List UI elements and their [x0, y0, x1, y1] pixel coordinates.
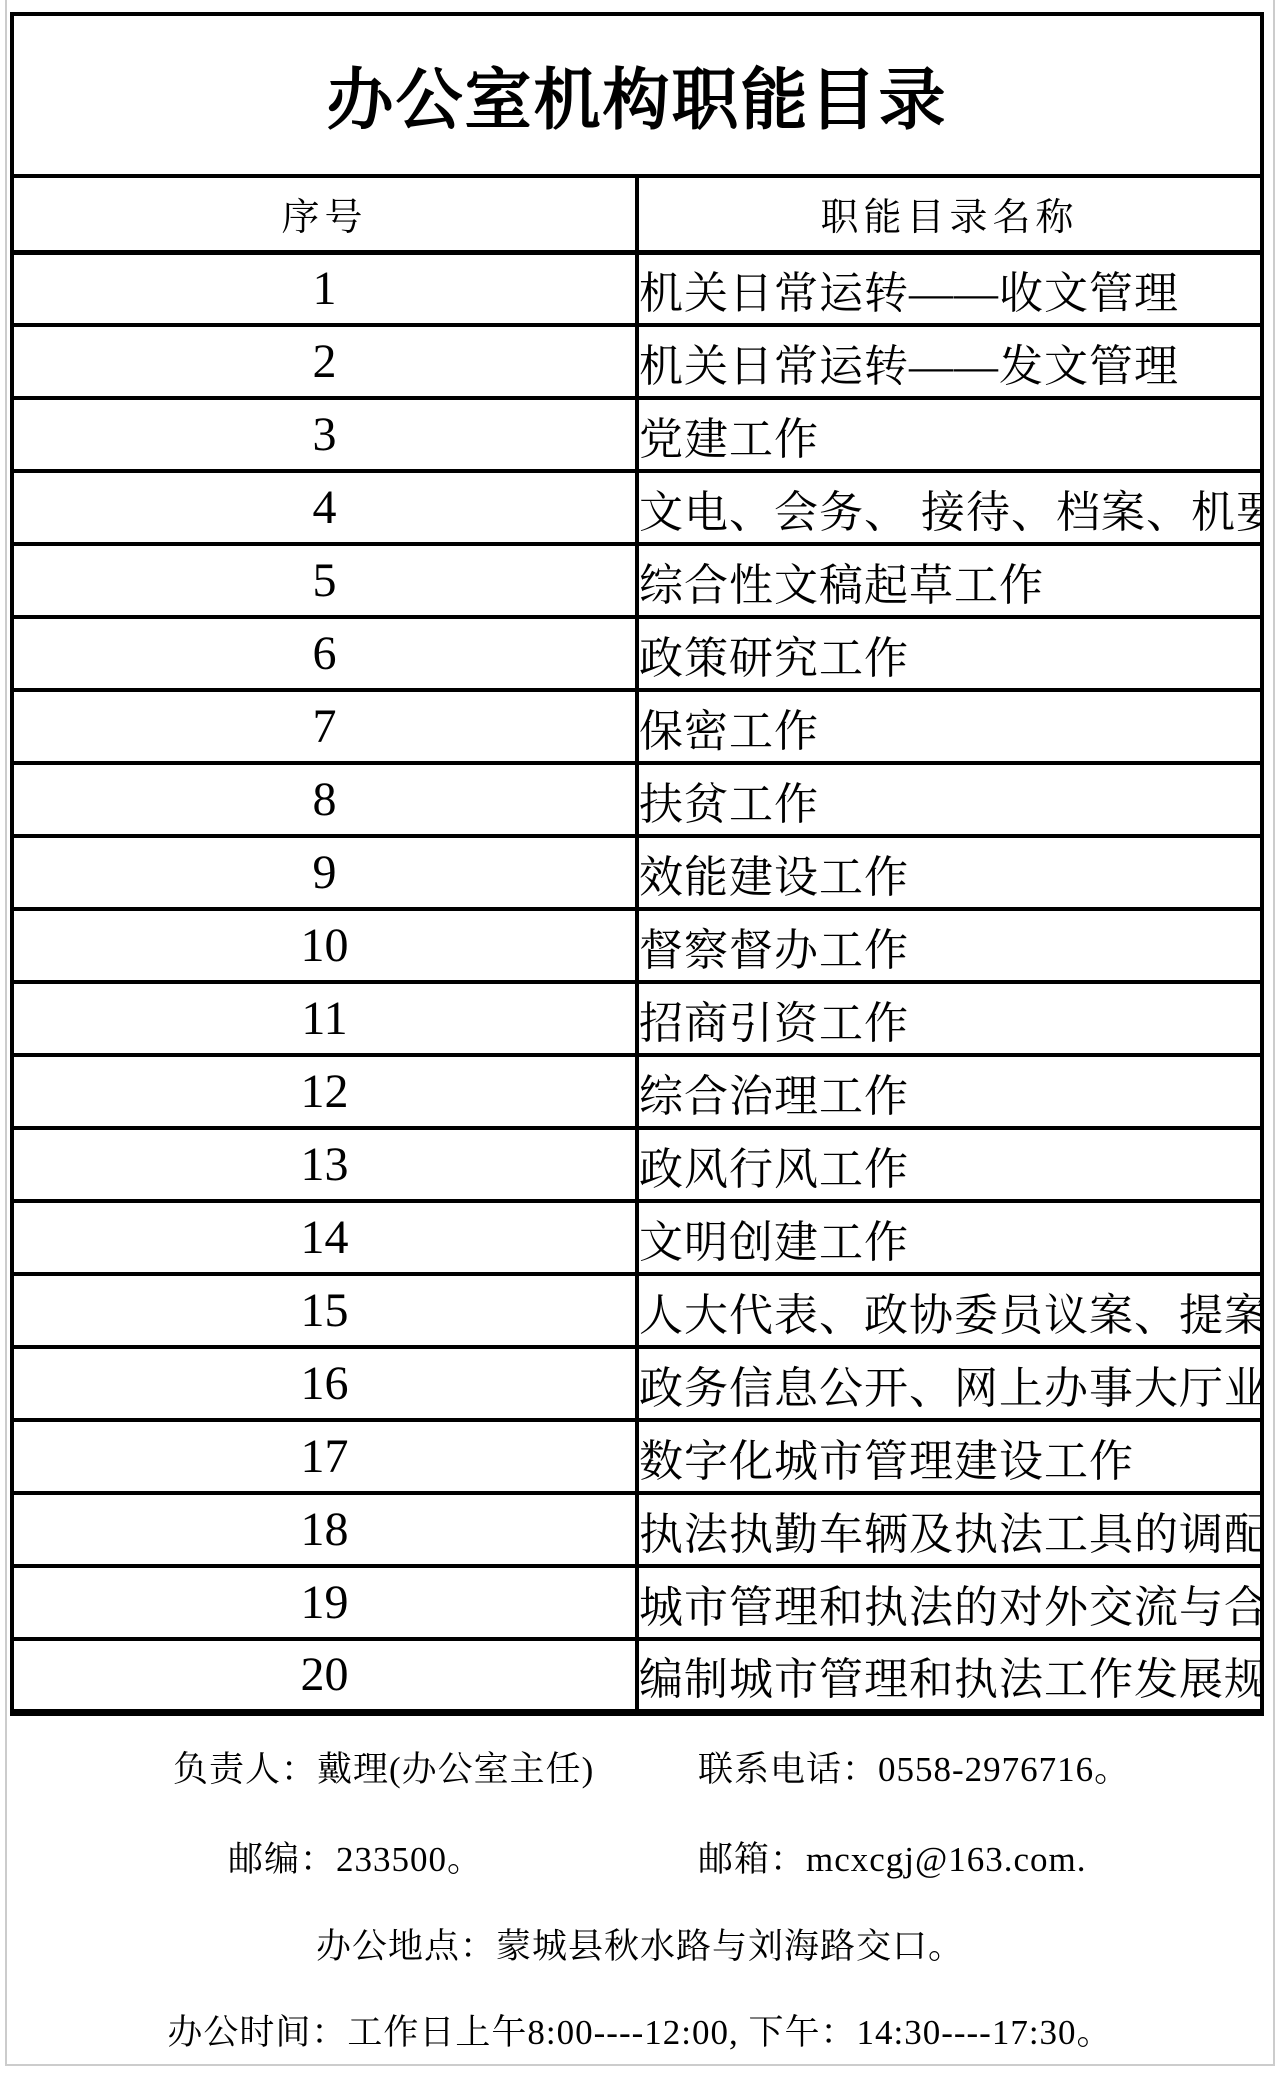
row-number-cell: 7	[12, 690, 637, 763]
table-row: 13政风行风工作	[12, 1128, 1262, 1201]
table-row: 9效能建设工作	[12, 836, 1262, 909]
row-name-cell: 编制城市管理和执法工作发展规划	[637, 1639, 1262, 1712]
table-row: 18执法执勤车辆及执法工具的调配与管理工作	[12, 1493, 1262, 1566]
row-name-cell: 保密工作	[637, 690, 1262, 763]
row-number-cell: 10	[12, 909, 637, 982]
row-number-cell: 18	[12, 1493, 637, 1566]
table-row: 16政务信息公开、网上办事大厅业务 受理工作	[12, 1347, 1262, 1420]
row-name-cell: 扶贫工作	[637, 763, 1262, 836]
table-row: 4文电、会务、 接待、档案、机要工作	[12, 471, 1262, 544]
row-number-cell: 14	[12, 1201, 637, 1274]
row-number-cell: 17	[12, 1420, 637, 1493]
function-catalog-table: 办公室机构职能目录 序号 职能目录名称 1机关日常运转——收文管理2机关日常运转…	[10, 12, 1264, 1716]
title-row: 办公室机构职能目录	[12, 14, 1262, 176]
table-row: 17数字化城市管理建设工作	[12, 1420, 1262, 1493]
row-name-cell: 综合性文稿起草工作	[637, 544, 1262, 617]
row-name-cell: 政策研究工作	[637, 617, 1262, 690]
zipcode-text: 邮编：233500。	[228, 1832, 483, 1882]
row-name-cell: 人大代表、政协委员议案、提案交办、督办工作	[637, 1274, 1262, 1347]
header-row: 序号 职能目录名称	[12, 176, 1262, 252]
table-row: 19城市管理和执法的对外交流与合作工作	[12, 1566, 1262, 1639]
table-head: 办公室机构职能目录 序号 职能目录名称	[12, 14, 1262, 252]
row-name-cell: 综合治理工作	[637, 1055, 1262, 1128]
row-name-cell: 督察督办工作	[637, 909, 1262, 982]
row-name-cell: 效能建设工作	[637, 836, 1262, 909]
responsible-text: 负责人：戴理(办公室主任)	[173, 1742, 594, 1792]
row-number-cell: 16	[12, 1347, 637, 1420]
table-row: 6政策研究工作	[12, 617, 1262, 690]
row-number-cell: 11	[12, 982, 637, 1055]
row-name-cell: 执法执勤车辆及执法工具的调配与管理工作	[637, 1493, 1262, 1566]
row-number-cell: 12	[12, 1055, 637, 1128]
table-row: 8扶贫工作	[12, 763, 1262, 836]
row-number-cell: 13	[12, 1128, 637, 1201]
header-cell-index: 序号	[12, 176, 637, 252]
table-row: 3党建工作	[12, 398, 1262, 471]
row-name-cell: 招商引资工作	[637, 982, 1262, 1055]
row-number-cell: 5	[12, 544, 637, 617]
row-number-cell: 9	[12, 836, 637, 909]
page: 办公室机构职能目录 序号 职能目录名称 1机关日常运转——收文管理2机关日常运转…	[0, 0, 1280, 2074]
row-name-cell: 城市管理和执法的对外交流与合作工作	[637, 1566, 1262, 1639]
table-row: 7保密工作	[12, 690, 1262, 763]
row-number-cell: 8	[12, 763, 637, 836]
table-row: 5综合性文稿起草工作	[12, 544, 1262, 617]
row-name-cell: 文电、会务、 接待、档案、机要工作	[637, 471, 1262, 544]
row-number-cell: 3	[12, 398, 637, 471]
row-number-cell: 4	[12, 471, 637, 544]
row-number-cell: 20	[12, 1639, 637, 1712]
row-number-cell: 2	[12, 325, 637, 398]
header-cell-name: 职能目录名称	[637, 176, 1262, 252]
row-name-cell: 文明创建工作	[637, 1201, 1262, 1274]
address-text: 办公地点：蒙城县秋水路与刘海路交口。	[0, 1919, 1280, 1969]
row-name-cell: 机关日常运转——收文管理	[637, 252, 1262, 325]
hours-text: 办公时间：工作日上午8:00----12:00, 下午：14:30----17:…	[0, 2005, 1280, 2055]
phone-text: 联系电话：0558-2976716。	[698, 1742, 1130, 1792]
table-row: 15人大代表、政协委员议案、提案交办、督办工作	[12, 1274, 1262, 1347]
table-row: 14文明创建工作	[12, 1201, 1262, 1274]
row-number-cell: 15	[12, 1274, 637, 1347]
table-body: 1机关日常运转——收文管理2机关日常运转——发文管理3党建工作4文电、会务、 接…	[12, 252, 1262, 1712]
row-name-cell: 机关日常运转——发文管理	[637, 325, 1262, 398]
row-number-cell: 1	[12, 252, 637, 325]
row-number-cell: 6	[12, 617, 637, 690]
email-text: 邮箱：mcxcgj@163.com.	[698, 1832, 1087, 1882]
table-row: 10督察督办工作	[12, 909, 1262, 982]
row-number-cell: 19	[12, 1566, 637, 1639]
table-row: 12综合治理工作	[12, 1055, 1262, 1128]
row-name-cell: 政务信息公开、网上办事大厅业务 受理工作	[637, 1347, 1262, 1420]
table-row: 11招商引资工作	[12, 982, 1262, 1055]
page-title: 办公室机构职能目录	[12, 14, 1262, 176]
row-name-cell: 政风行风工作	[637, 1128, 1262, 1201]
table-row: 2机关日常运转——发文管理	[12, 325, 1262, 398]
row-name-cell: 数字化城市管理建设工作	[637, 1420, 1262, 1493]
table-row: 1机关日常运转——收文管理	[12, 252, 1262, 325]
table-row: 20编制城市管理和执法工作发展规划	[12, 1639, 1262, 1712]
row-name-cell: 党建工作	[637, 398, 1262, 471]
